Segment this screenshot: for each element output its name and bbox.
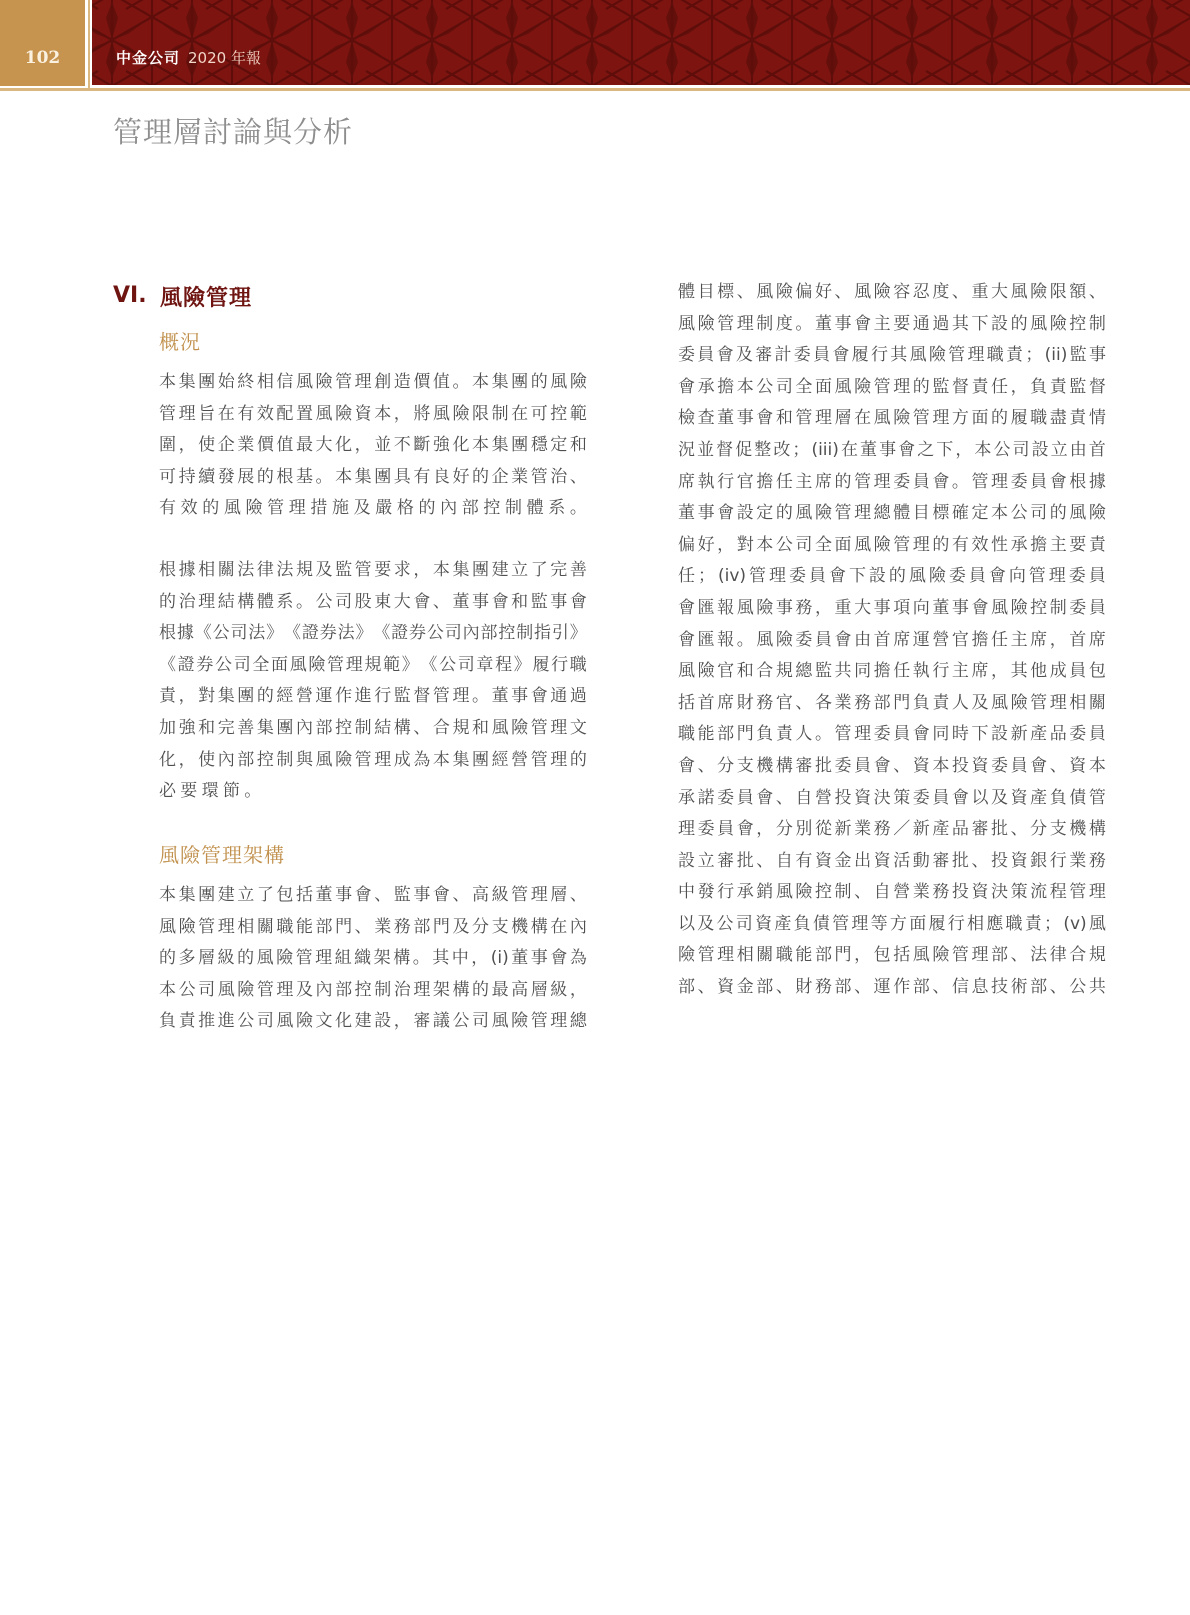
text-line: 會匯報。風險委員會由首席運營官擔任主席，首席 (678, 625, 1106, 657)
text-line: 董事會設定的風險管理總體目標確定本公司的風險 (678, 498, 1106, 530)
text-line: 委員會及審計委員會履行其風險管理職責；(ii)監事 (678, 340, 1106, 372)
asanoha-pattern-icon (92, 0, 1190, 85)
text-line: 必要環節。 (159, 776, 587, 808)
text-line: 管理旨在有效配置風險資本，將風險限制在可控範 (159, 399, 587, 431)
text-line: 化，使內部控制與風險管理成為本集團經營管理的 (159, 745, 587, 777)
header-divider (88, 0, 90, 88)
text-line: 有效的風險管理措施及嚴格的內部控制體系。 (159, 493, 587, 525)
company-name: 中金公司 (116, 49, 180, 67)
text-line: 以及公司資產負債管理等方面履行相應職責；(v)風 (678, 909, 1106, 941)
text-line: 風險管理制度。董事會主要通過其下設的風險控制 (678, 309, 1106, 341)
text-line: 負責推進公司風險文化建設，審議公司風險管理總 (159, 1006, 587, 1038)
subsection-heading-overview: 概況 (159, 326, 201, 355)
text-line: 偏好，對本公司全面風險管理的有效性承擔主要責 (678, 530, 1106, 562)
text-line: 檢查董事會和管理層在風險管理方面的履職盡責情 (678, 403, 1106, 435)
text-line: 席執行官擔任主席的管理委員會。管理委員會根據 (678, 467, 1106, 499)
text-line: 職能部門負責人。管理委員會同時下設新產品委員 (678, 719, 1106, 751)
text-line: 本集團建立了包括董事會、監事會、高級管理層、 (159, 880, 587, 912)
section-title: 風險管理 (160, 281, 252, 312)
text-line: 理委員會，分別從新業務／新產品審批、分支機構 (678, 814, 1106, 846)
section-number: VI. (113, 283, 147, 308)
text-line: 圍，使企業價值最大化，並不斷強化本集團穩定和 (159, 430, 587, 462)
paragraph-overview-2: 根據相關法律法規及監管要求，本集團建立了完善的治理結構體系。公司股東大會、董事會… (159, 555, 587, 808)
subsection-heading-framework: 風險管理架構 (159, 839, 285, 868)
text-line: 的多層級的風險管理組織架構。其中，(i)董事會為 (159, 943, 587, 975)
report-year: 2020 年報 (188, 49, 261, 67)
text-line: 會匯報風險事務，重大事項向董事會風險控制委員 (678, 593, 1106, 625)
paragraph-overview-1: 本集團始終相信風險管理創造價值。本集團的風險管理旨在有效配置風險資本，將風險限制… (159, 367, 587, 525)
text-line: 風險官和合規總監共同擔任執行主席，其他成員包 (678, 656, 1106, 688)
text-line: 設立審批、自有資金出資活動審批、投資銀行業務 (678, 846, 1106, 878)
text-line: 中發行承銷風險控制、自營業務投資決策流程管理 (678, 877, 1106, 909)
page-number-box: 102 (0, 0, 85, 86)
header-rule (0, 88, 1190, 91)
text-line: 加強和完善集團內部控制結構、合規和風險管理文 (159, 713, 587, 745)
report-label: 中金公司2020 年報 (116, 47, 261, 68)
paragraph-framework-1: 本集團建立了包括董事會、監事會、高級管理層、風險管理相關職能部門、業務部門及分支… (159, 880, 587, 1038)
text-line: 《證券公司全面風險管理規範》《公司章程》履行職 (159, 650, 587, 682)
page-title: 管理層討論與分析 (113, 110, 353, 151)
text-line: 況並督促整改；(iii)在董事會之下，本公司設立由首 (678, 435, 1106, 467)
text-line: 責，對集團的經營運作進行監督管理。董事會通過 (159, 681, 587, 713)
text-line: 承諾委員會、自營投資決策委員會以及資產負債管 (678, 783, 1106, 815)
text-line: 部、資金部、財務部、運作部、信息技術部、公共 (678, 972, 1106, 1004)
text-line: 險管理相關職能部門，包括風險管理部、法律合規 (678, 940, 1106, 972)
text-line: 風險管理相關職能部門、業務部門及分支機構在內 (159, 912, 587, 944)
text-line: 會、分支機構審批委員會、資本投資委員會、資本 (678, 751, 1106, 783)
paragraph-framework-continued: 體目標、風險偏好、風險容忍度、重大風險限額、風險管理制度。董事會主要通過其下設的… (678, 277, 1106, 1004)
text-line: 根據相關法律法規及監管要求，本集團建立了完善 (159, 555, 587, 587)
text-line: 任；(iv)管理委員會下設的風險委員會向管理委員 (678, 561, 1106, 593)
text-line: 體目標、風險偏好、風險容忍度、重大風險限額、 (678, 277, 1106, 309)
text-line: 的治理結構體系。公司股東大會、董事會和監事會 (159, 587, 587, 619)
text-line: 可持續發展的根基。本集團具有良好的企業管治、 (159, 462, 587, 494)
page-number: 102 (0, 48, 85, 68)
text-line: 括首席財務官、各業務部門負責人及風險管理相關 (678, 688, 1106, 720)
text-line: 會承擔本公司全面風險管理的監督責任，負責監督 (678, 372, 1106, 404)
text-line: 根據《公司法》《證券法》《證券公司內部控制指引》 (159, 618, 587, 650)
header-banner: 中金公司2020 年報 (92, 0, 1190, 85)
text-line: 本集團始終相信風險管理創造價值。本集團的風險 (159, 367, 587, 399)
text-line: 本公司風險管理及內部控制治理架構的最高層級， (159, 975, 587, 1007)
